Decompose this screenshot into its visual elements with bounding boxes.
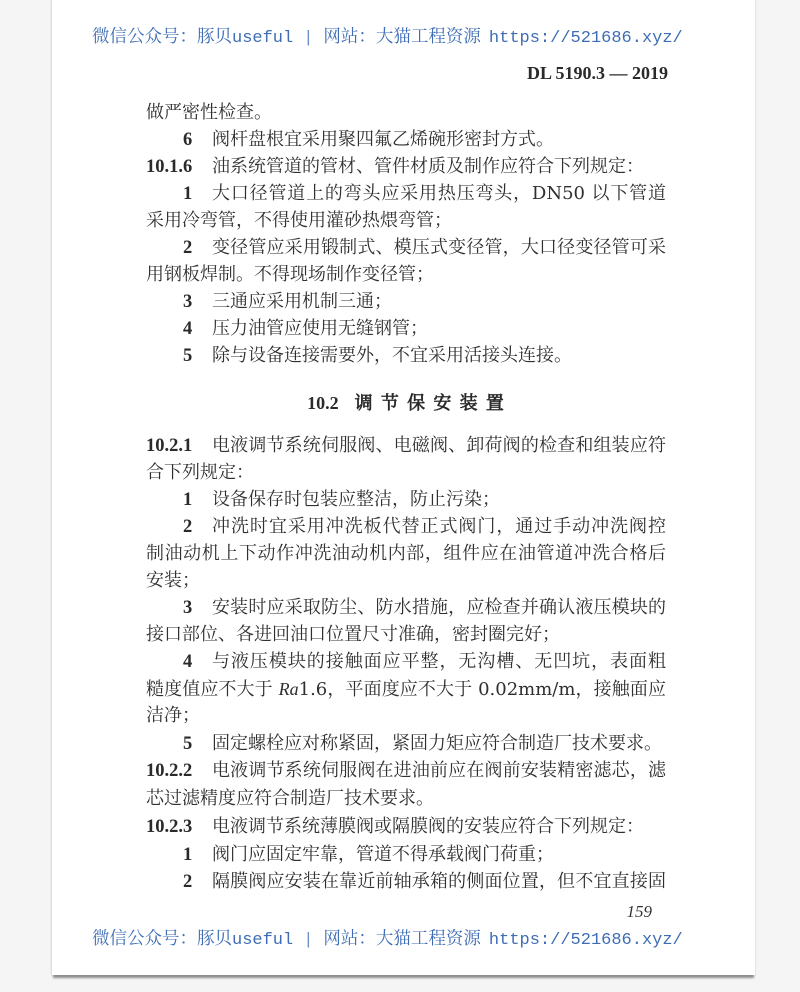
clause-text-10-2-1: 电液调节系统伺服阀、电磁阀、卸荷阀的检查和组装应符 [212,434,666,458]
section-heading-10-2: 10.2调 节 保 安 装 置 [296,391,516,415]
clause-text-10-2-3: 电液调节系统薄膜阀或隔膜阀的安装应符合下列规定： [212,815,666,839]
item-number: 2 [183,515,192,539]
clause-number-10-2-3: 10.2.3 [146,815,192,839]
item-text-continuation: 制油动机上下动作冲洗油动机内部，组件应在油管道冲洗合格后 [146,542,666,566]
item-text: 阀杆盘根宜采用聚四氟乙烯碗形密封方式。 [212,128,666,152]
item-text: 除与设备连接需要外，不宜采用活接头连接。 [212,344,666,368]
watermark-site-name: 大猫工程资源 [376,27,481,47]
item-number: 4 [183,317,192,341]
clause-number-10-2-2: 10.2.2 [146,759,192,783]
item-text: 隔膜阀应安装在靠近前轴承箱的侧面位置，但不宜直接固 [212,870,666,894]
item-text: 冲洗时宜采用冲洗板代替正式阀门，通过手动冲洗阀控 [212,515,666,539]
watermark-wechat-name-latin: useful [232,931,293,950]
clause-number-10-1-6: 10.1.6 [146,155,192,179]
item-number: 2 [183,236,192,260]
clause-text-10-2-2: 电液调节系统伺服阀在进油前应在阀前安装精密滤芯，滤 [212,759,666,783]
page-number: 159 [627,900,653,924]
watermark-site-label: 网站： [323,27,376,47]
item-number: 6 [183,128,192,152]
watermark-separator: | [303,931,313,950]
standard-code-header: DL 5190.3 — 2019 [527,61,668,85]
watermark-site-url: https://521686.xyz/ [489,931,683,950]
item-text: 压力油管应使用无缝钢管； [212,317,666,341]
item-number: 3 [183,596,192,620]
watermark-top: 微信公众号：豚贝useful|网站：大猫工程资源https://521686.x… [92,25,683,49]
watermark-wechat-label: 微信公众号： [92,929,197,949]
item-number: 5 [183,344,192,368]
clause-text-continuation: 芯过滤精度应符合制造厂技术要求。 [146,787,666,811]
watermark-wechat-label: 微信公众号： [92,27,197,47]
item-text: 安装时应采取防尘、防水措施，应检查并确认液压模块的 [212,596,666,620]
watermark-site-label: 网站： [323,929,376,949]
item-text-continuation: 洁净； [146,704,666,728]
watermark-site-url: https://521686.xyz/ [489,29,683,48]
item-text: 阀门应固定牢靠，管道不得承载阀门荷重； [212,843,666,867]
item-text-continuation: 安装； [146,569,666,593]
section-number: 10.2 [307,393,339,413]
watermark-separator: | [303,29,313,48]
watermark-wechat-name-latin: useful [232,29,293,48]
item-number: 3 [183,290,192,314]
item-text: 三通应采用机制三通； [212,290,666,314]
item-text: 大口径管道上的弯头应采用热压弯头，DN50 以下管道可 [212,182,666,206]
item-text-continuation: 用钢板焊制。不得现场制作变径管； [146,263,666,287]
item-text-continuation: 接口部位、各进回油口位置尺寸准确，密封圈完好； [146,623,666,647]
watermark-bottom: 微信公众号：豚贝useful|网站：大猫工程资源https://521686.x… [92,927,683,951]
item-text-continuation: 糙度值应不大于 Ra1.6，平面度应不大于 0.02mm/m，接触面应 [146,677,666,701]
watermark-wechat-name: 豚贝 [197,27,232,47]
clause-text-continuation: 合下列规定： [146,461,666,485]
item-number: 5 [183,732,192,756]
item-number: 1 [183,182,192,206]
item-number: 1 [183,488,192,512]
watermark-wechat-name: 豚贝 [197,929,232,949]
item-text: 设备保存时包装应整洁，防止污染； [212,488,666,512]
clause-text-10-1-6: 油系统管道的管材、管件材质及制作应符合下列规定： [212,155,666,179]
continuation-line: 做严密性检查。 [146,101,666,125]
item-number: 1 [183,843,192,867]
watermark-site-name: 大猫工程资源 [376,929,481,949]
clause-number-10-2-1: 10.2.1 [146,434,192,458]
item-text-continuation: 采用冷弯管，不得使用灌砂热煨弯管； [146,209,666,233]
text-segment: 1.6，平面度应不大于 0.02mm/m，接触面应 [299,679,666,700]
item-text: 与液压模块的接触面应平整，无沟槽、无凹坑，表面粗 [212,650,666,674]
item-number: 4 [183,650,192,674]
item-number: 2 [183,870,192,894]
item-text: 变径管应采用锻制式、模压式变径管，大口径变径管可采 [212,236,666,260]
item-text: 固定螺栓应对称紧固，紧固力矩应符合制造厂技术要求。 [212,732,666,756]
roughness-symbol: Ra [279,679,299,699]
section-title: 调 节 保 安 装 置 [355,393,505,414]
text-segment: 糙度值应不大于 [146,679,279,700]
